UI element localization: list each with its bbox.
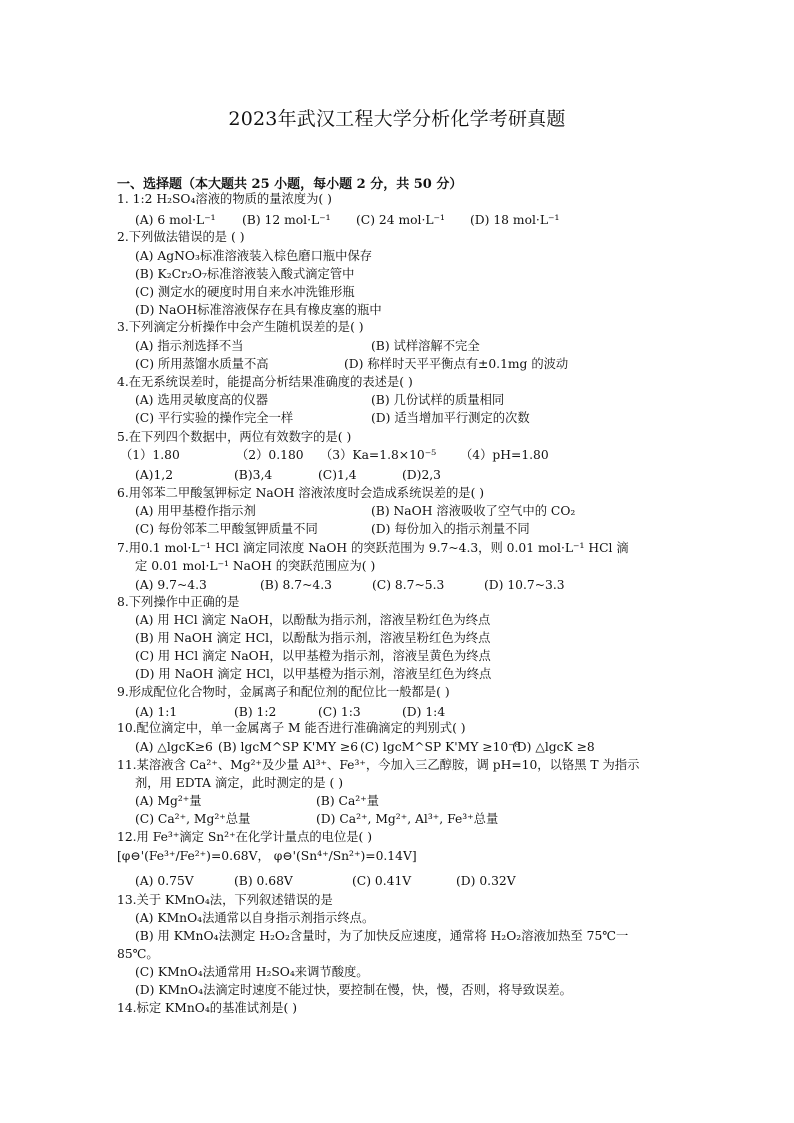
q2-option-c: (C) 测定水的硬度时用自来水冲洗锥形瓶 xyxy=(135,284,355,300)
question-7-stem-cont: 定 0.01 mol·L⁻¹ NaOH 的突跃范围应为( ) xyxy=(135,558,375,574)
q9-option-d: (D) 1:4 xyxy=(402,704,445,720)
q9-option-b: (B) 1:2 xyxy=(234,704,276,720)
q3-option-b: (B) 试样溶解不完全 xyxy=(371,338,480,354)
q5-option-b: (B)3,4 xyxy=(234,467,272,483)
q10-option-a: (A) △lgcK≥6 xyxy=(135,739,213,755)
q5-option-a: (A)1,2 xyxy=(135,467,173,483)
q5-data-1: （1）1.80 xyxy=(120,447,180,463)
q13-option-a: (A) KMnO₄法通常以自身指示剂指示终点。 xyxy=(135,910,374,926)
q7-option-a: (A) 9.7~4.3 xyxy=(135,577,207,593)
q11-option-b: (B) Ca²⁺量 xyxy=(316,793,379,809)
question-13-stem: 13.关于 KMnO₄法，下列叙述错误的是 xyxy=(117,892,333,908)
q12-option-b: (B) 0.68V xyxy=(234,873,293,889)
q11-option-c: (C) Ca²⁺, Mg²⁺总量 xyxy=(135,811,250,827)
q9-option-a: (A) 1:1 xyxy=(135,704,177,720)
q4-option-c: (C) 平行实验的操作完全一样 xyxy=(135,410,293,426)
q10-option-d: (D) △lgcK ≥8 xyxy=(512,739,595,755)
q5-option-d: (D)2,3 xyxy=(402,467,441,483)
q1-option-a: (A) 6 mol·L⁻¹ xyxy=(135,212,216,228)
q4-option-a: (A) 选用灵敏度高的仪器 xyxy=(135,392,268,408)
q12-option-d: (D) 0.32V xyxy=(456,873,516,889)
q1-option-c: (C) 24 mol·L⁻¹ xyxy=(356,212,445,228)
question-2-stem: 2.下列做法错误的是 ( ) xyxy=(117,229,245,245)
question-4-stem: 4.在无系统误差时，能提高分析结果准确度的表述是( ) xyxy=(117,374,413,390)
q7-option-b: (B) 8.7~4.3 xyxy=(260,577,332,593)
q5-option-c: (C)1,4 xyxy=(318,467,357,483)
q10-option-b: (B) lgcM^SP K'MY ≥6 xyxy=(218,739,358,755)
question-8-stem: 8.下列操作中正确的是 xyxy=(117,594,239,610)
q6-option-b: (B) NaOH 溶液吸收了空气中的 CO₂ xyxy=(371,503,575,519)
q3-option-a: (A) 指示剂选择不当 xyxy=(135,338,243,354)
q13-option-b: (B) 用 KMnO₄法测定 H₂O₂含量时，为了加快反应速度，通常将 H₂O₂… xyxy=(135,928,628,944)
question-3-stem: 3.下列滴定分析操作中会产生随机误差的是( ) xyxy=(117,319,364,335)
q2-option-d: (D) NaOH标准溶液保存在具有橡皮塞的瓶中 xyxy=(135,302,382,318)
question-1-stem: 1. 1:2 H₂SO₄溶液的物质的量浓度为( ) xyxy=(117,191,332,207)
q4-option-d: (D) 适当增加平行测定的次数 xyxy=(371,410,530,426)
question-14-stem: 14.标定 KMnO₄的基准试剂是( ) xyxy=(117,1000,297,1016)
page-title: 2023年武汉工程大学分析化学考研真题 xyxy=(0,104,794,131)
q8-option-d: (D) 用 NaOH 滴定 HCl，以甲基橙为指示剂，溶液呈红色为终点 xyxy=(135,666,491,682)
question-6-stem: 6.用邻苯二甲酸氢钾标定 NaOH 溶液浓度时会造成系统误差的是( ) xyxy=(117,485,484,501)
q1-option-d: (D) 18 mol·L⁻¹ xyxy=(470,212,559,228)
q4-option-b: (B) 几份试样的质量相同 xyxy=(371,392,504,408)
q13-option-d: (D) KMnO₄法滴定时速度不能过快，要控制在慢，快，慢，否则，将导致误差。 xyxy=(135,982,572,998)
q11-option-d: (D) Ca²⁺, Mg²⁺, Al³⁺, Fe³⁺总量 xyxy=(316,811,498,827)
q12-option-c: (C) 0.41V xyxy=(352,873,411,889)
q6-option-d: (D) 每份加入的指示剂量不同 xyxy=(371,521,530,537)
question-12-given: [φ⊖'(Fe³⁺/Fe²⁺)=0.68V， φ⊖'(Sn⁴⁺/Sn²⁺)=0.… xyxy=(117,848,417,864)
question-7-stem: 7.用0.1 mol·L⁻¹ HCl 滴定同浓度 NaOH 的突跃范围为 9.7… xyxy=(117,540,629,556)
q8-option-a: (A) 用 HCl 滴定 NaOH，以酚酞为指示剂，溶液呈粉红色为终点 xyxy=(135,612,490,628)
q1-option-b: (B) 12 mol·L⁻¹ xyxy=(242,212,331,228)
q10-option-c: (C) lgcM^SP K'MY ≥10⁻⁸ xyxy=(360,739,520,755)
q5-data-3: （3）Ka=1.8×10⁻⁵ xyxy=(320,447,436,463)
q7-option-d: (D) 10.7~3.3 xyxy=(484,577,565,593)
q3-option-d: (D) 称样时天平平衡点有±0.1mg 的波动 xyxy=(344,356,568,372)
q11-option-a: (A) Mg²⁺量 xyxy=(135,793,202,809)
question-9-stem: 9.形成配位化合物时，金属离子和配位剂的配位比一般都是( ) xyxy=(117,684,450,700)
q5-data-2: （2）0.180 xyxy=(236,447,304,463)
q6-option-a: (A) 用甲基橙作指示剂 xyxy=(135,503,256,519)
q8-option-b: (B) 用 NaOH 滴定 HCl，以酚酞为指示剂，溶液呈粉红色为终点 xyxy=(135,630,490,646)
q13-option-c: (C) KMnO₄法通常用 H₂SO₄来调节酸度。 xyxy=(135,964,369,980)
section-heading: 一、选择题（本大题共 25 小题，每小题 2 分，共 50 分） xyxy=(117,173,462,192)
question-12-stem: 12.用 Fe³⁺滴定 Sn²⁺在化学计量点的电位是( ) xyxy=(117,829,372,845)
q9-option-c: (C) 1:3 xyxy=(318,704,361,720)
q3-option-c: (C) 所用蒸馏水质量不高 xyxy=(135,356,269,372)
q5-data-4: （4）pH=1.80 xyxy=(460,447,549,463)
q2-option-b: (B) K₂Cr₂O₇标准溶液装入酸式滴定管中 xyxy=(135,266,354,282)
question-11-stem-cont: 剂，用 EDTA 滴定，此时测定的是 ( ) xyxy=(135,775,343,791)
q6-option-c: (C) 每份邻苯二甲酸氢钾质量不同 xyxy=(135,521,318,537)
question-11-stem: 11.某溶液含 Ca²⁺、Mg²⁺及少量 Al³⁺、Fe³⁺，今加入三乙醇胺，调… xyxy=(117,757,639,773)
q13-option-b-cont: 85℃。 xyxy=(117,946,159,962)
q12-option-a: (A) 0.75V xyxy=(135,873,194,889)
q2-option-a: (A) AgNO₃标准溶液装入棕色磨口瓶中保存 xyxy=(135,248,372,264)
q8-option-c: (C) 用 HCl 滴定 NaOH，以甲基橙为指示剂，溶液呈黄色为终点 xyxy=(135,648,491,664)
q7-option-c: (C) 8.7~5.3 xyxy=(372,577,444,593)
document-page: 2023年武汉工程大学分析化学考研真题 一、选择题（本大题共 25 小题，每小题… xyxy=(0,0,794,1123)
question-10-stem: 10.配位滴定中，单一金属离子 M 能否进行准确滴定的判别式( ) xyxy=(117,720,466,736)
question-5-stem: 5.在下列四个数据中，两位有效数字的是( ) xyxy=(117,429,351,445)
